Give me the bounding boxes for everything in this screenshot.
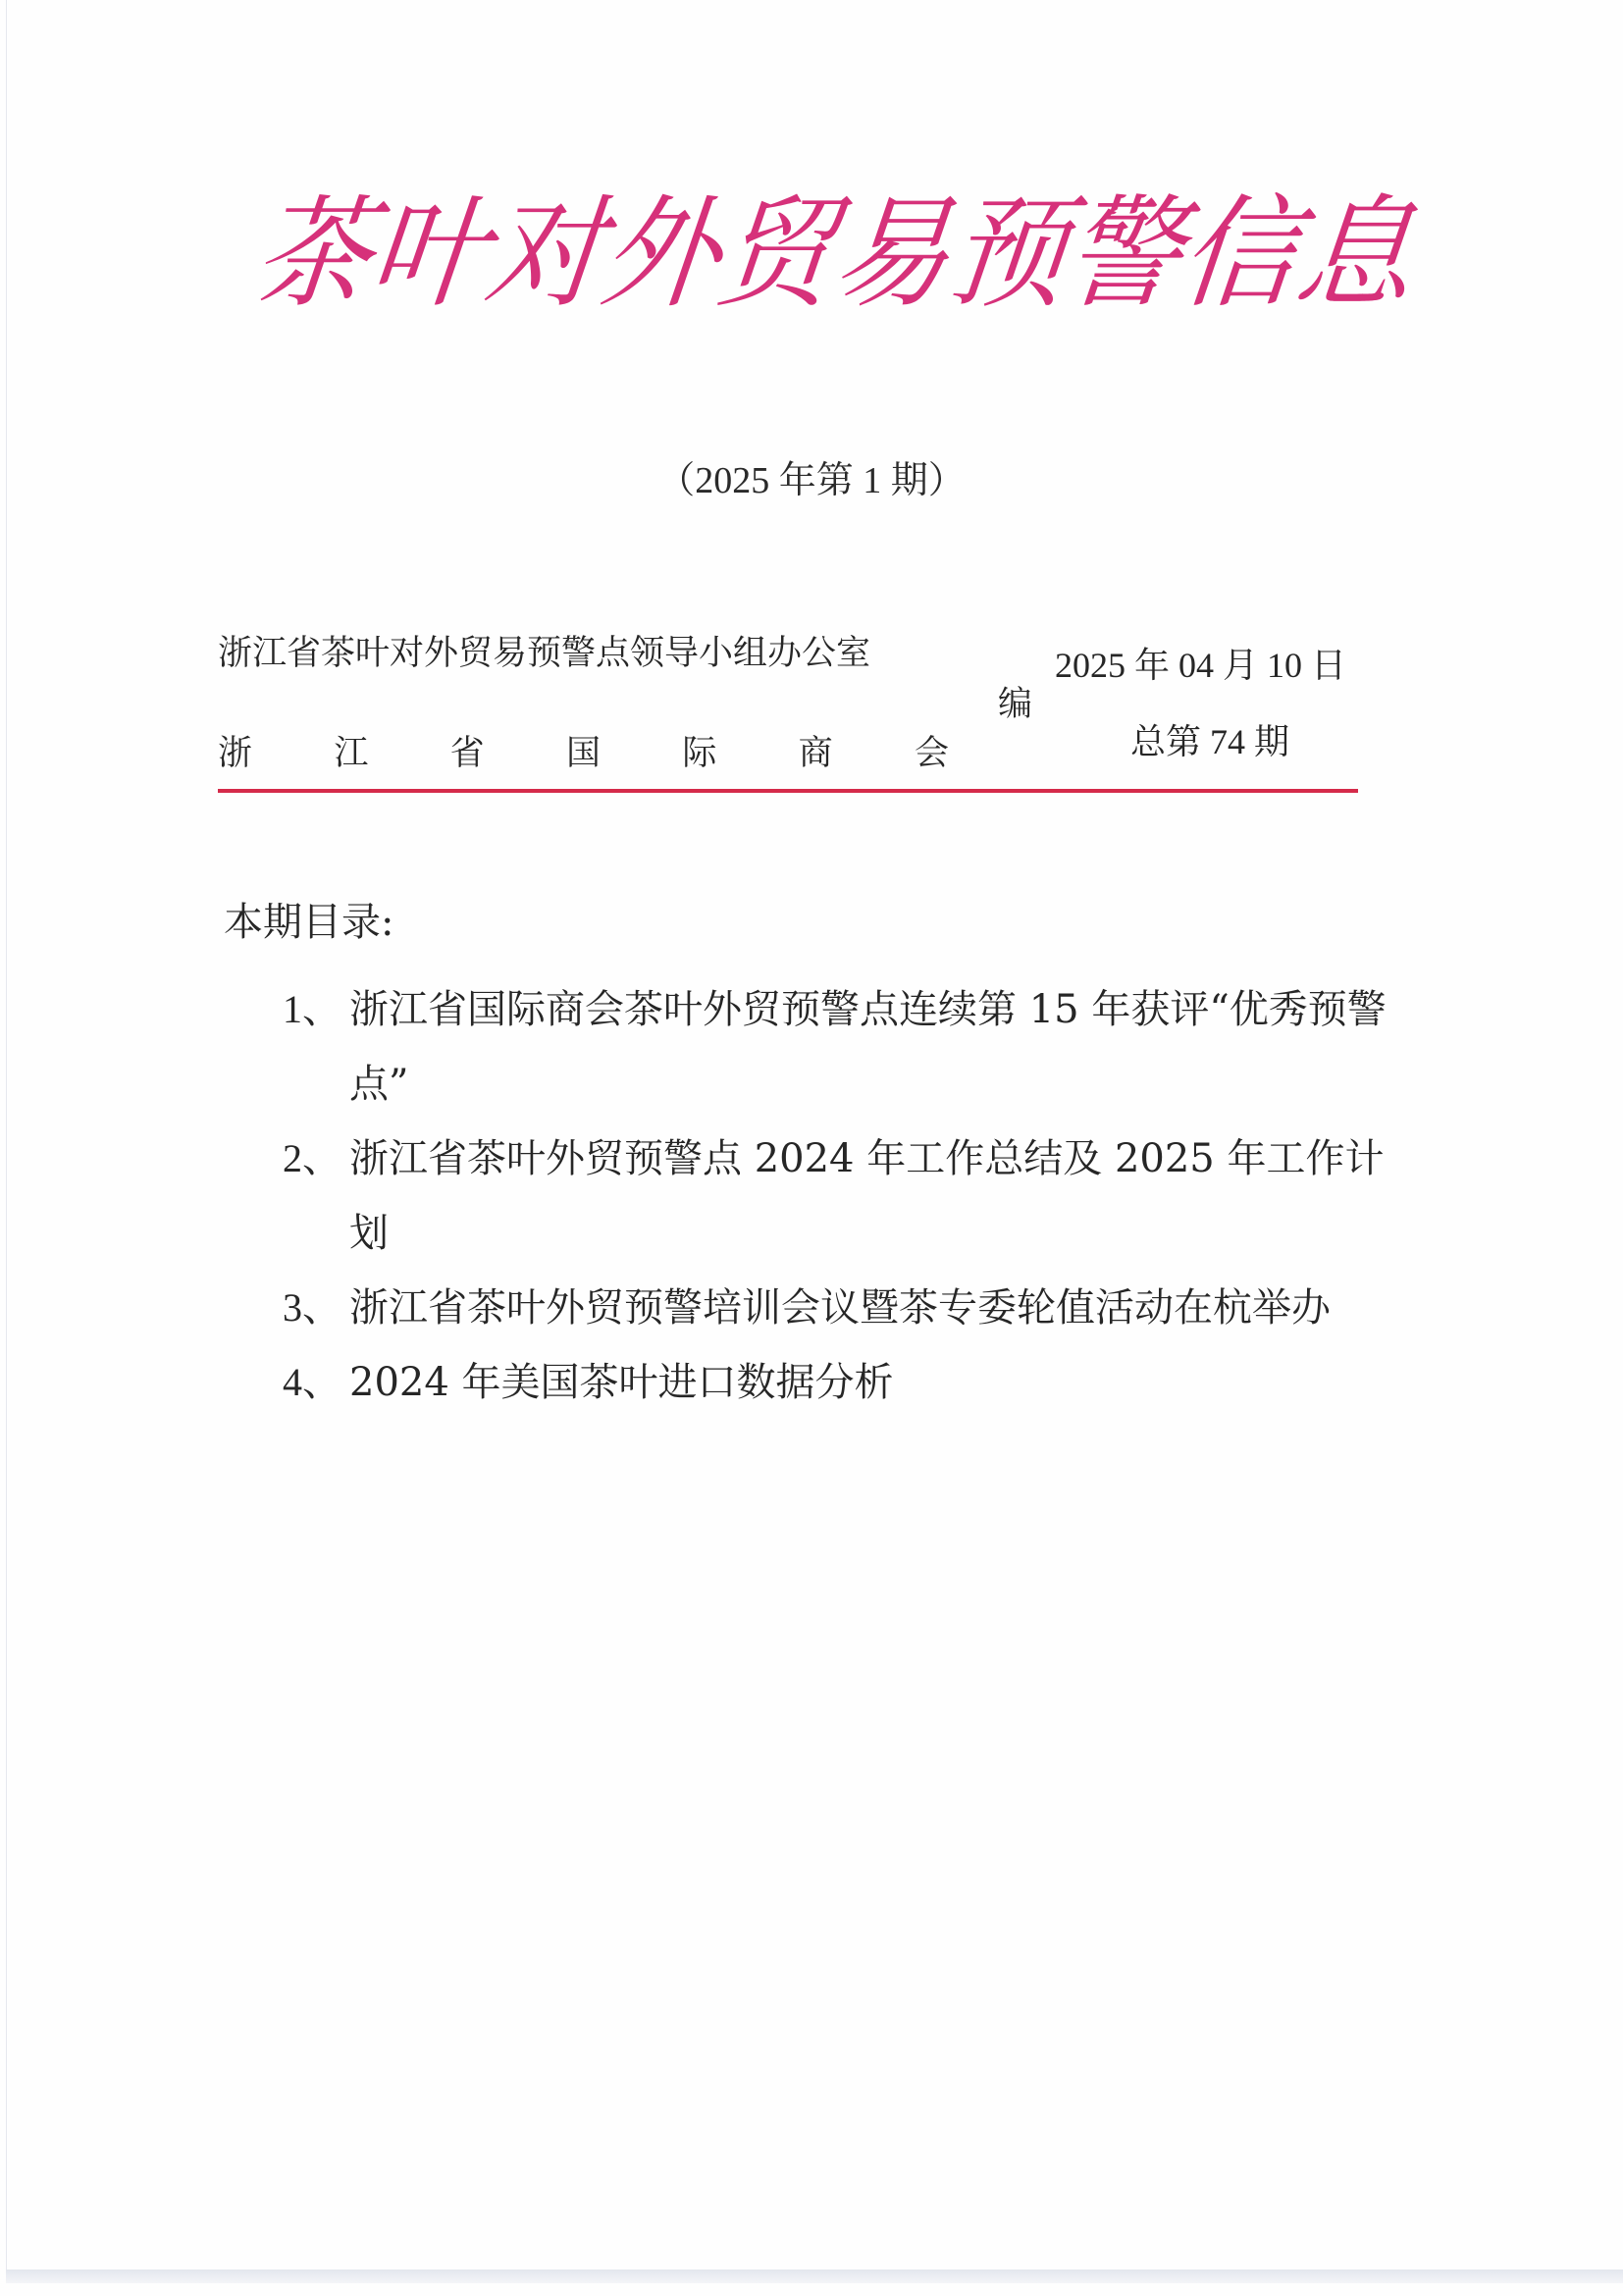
publish-date: 2025 年 04 月 10 日 (1055, 638, 1346, 688)
toc-item: 2、 浙江省茶叶外贸预警点 2024 年工作总结及 2025 年工作计划 (224, 1122, 1450, 1271)
masthead-char: 贸 (712, 192, 841, 314)
org-char: 会 (915, 726, 949, 775)
publisher-org-2: 浙 江 省 国 际 商 会 (218, 726, 949, 775)
toc-item-text: 浙江省国际商会茶叶外贸预警点连续第 15 年获评“优秀预警点” (349, 972, 1419, 1122)
org-char: 国 (566, 726, 601, 775)
masthead-char: 警 (1060, 192, 1188, 314)
toc-item-text: 浙江省茶叶外贸预警点 2024 年工作总结及 2025 年工作计划 (349, 1122, 1419, 1271)
toc-item: 4、 2024 年美国茶叶进口数据分析 (224, 1345, 1450, 1420)
page-bottom-edge (6, 2270, 1623, 2283)
publisher-org-1: 浙江省茶叶对外贸易预警点领导小组办公室 (218, 626, 870, 675)
toc-title: 本期目录: (224, 891, 1450, 947)
toc-item-number: 3、 (283, 1271, 341, 1345)
editor-mark: 编 (998, 677, 1032, 726)
page-edge (6, 0, 7, 2271)
toc-item: 3、 浙江省茶叶外贸预警培训会议暨茶专委轮值活动在杭举办 (224, 1271, 1450, 1345)
toc-item-number: 2、 (283, 1122, 341, 1196)
masthead-char: 叶 (365, 192, 494, 314)
org-char: 际 (682, 726, 716, 775)
toc-item-text: 2024 年美国茶叶进口数据分析 (349, 1345, 1419, 1420)
toc-item-text: 浙江省茶叶外贸预警培训会议暨茶专委轮值活动在杭举办 (349, 1271, 1419, 1345)
toc-item-number: 1、 (283, 972, 341, 1047)
masthead-title: 茶 叶 对 外 贸 易 预 警 信 息 (255, 175, 1384, 332)
org-char: 浙 (218, 726, 252, 775)
toc-item: 1、 浙江省国际商会茶叶外贸预警点连续第 15 年获评“优秀预警点” (224, 972, 1450, 1122)
masthead-char: 易 (828, 192, 957, 314)
table-of-contents: 本期目录: 1、 浙江省国际商会茶叶外贸预警点连续第 15 年获评“优秀预警点”… (224, 891, 1450, 1420)
serial-number: 总第 74 期 (1130, 714, 1289, 764)
masthead-char: 息 (1291, 192, 1420, 314)
masthead-char: 外 (597, 192, 725, 314)
document-page: 茶 叶 对 外 贸 易 预 警 信 息 （2025 年第 1 期） 浙江省茶叶对… (0, 0, 1623, 2296)
org-char: 商 (799, 726, 833, 775)
publisher-block: 浙江省茶叶对外贸易预警点领导小组办公室 浙 江 省 国 际 商 会 编 2025… (218, 618, 1356, 785)
toc-item-number: 4、 (283, 1345, 341, 1420)
red-divider (218, 789, 1358, 793)
org-char: 江 (334, 726, 368, 775)
masthead-char: 预 (944, 192, 1073, 314)
masthead-char: 对 (481, 192, 609, 314)
org-char: 省 (450, 726, 485, 775)
issue-number: （2025 年第 1 期） (0, 449, 1623, 503)
masthead-char: 信 (1176, 192, 1304, 314)
masthead-char: 茶 (248, 192, 377, 314)
